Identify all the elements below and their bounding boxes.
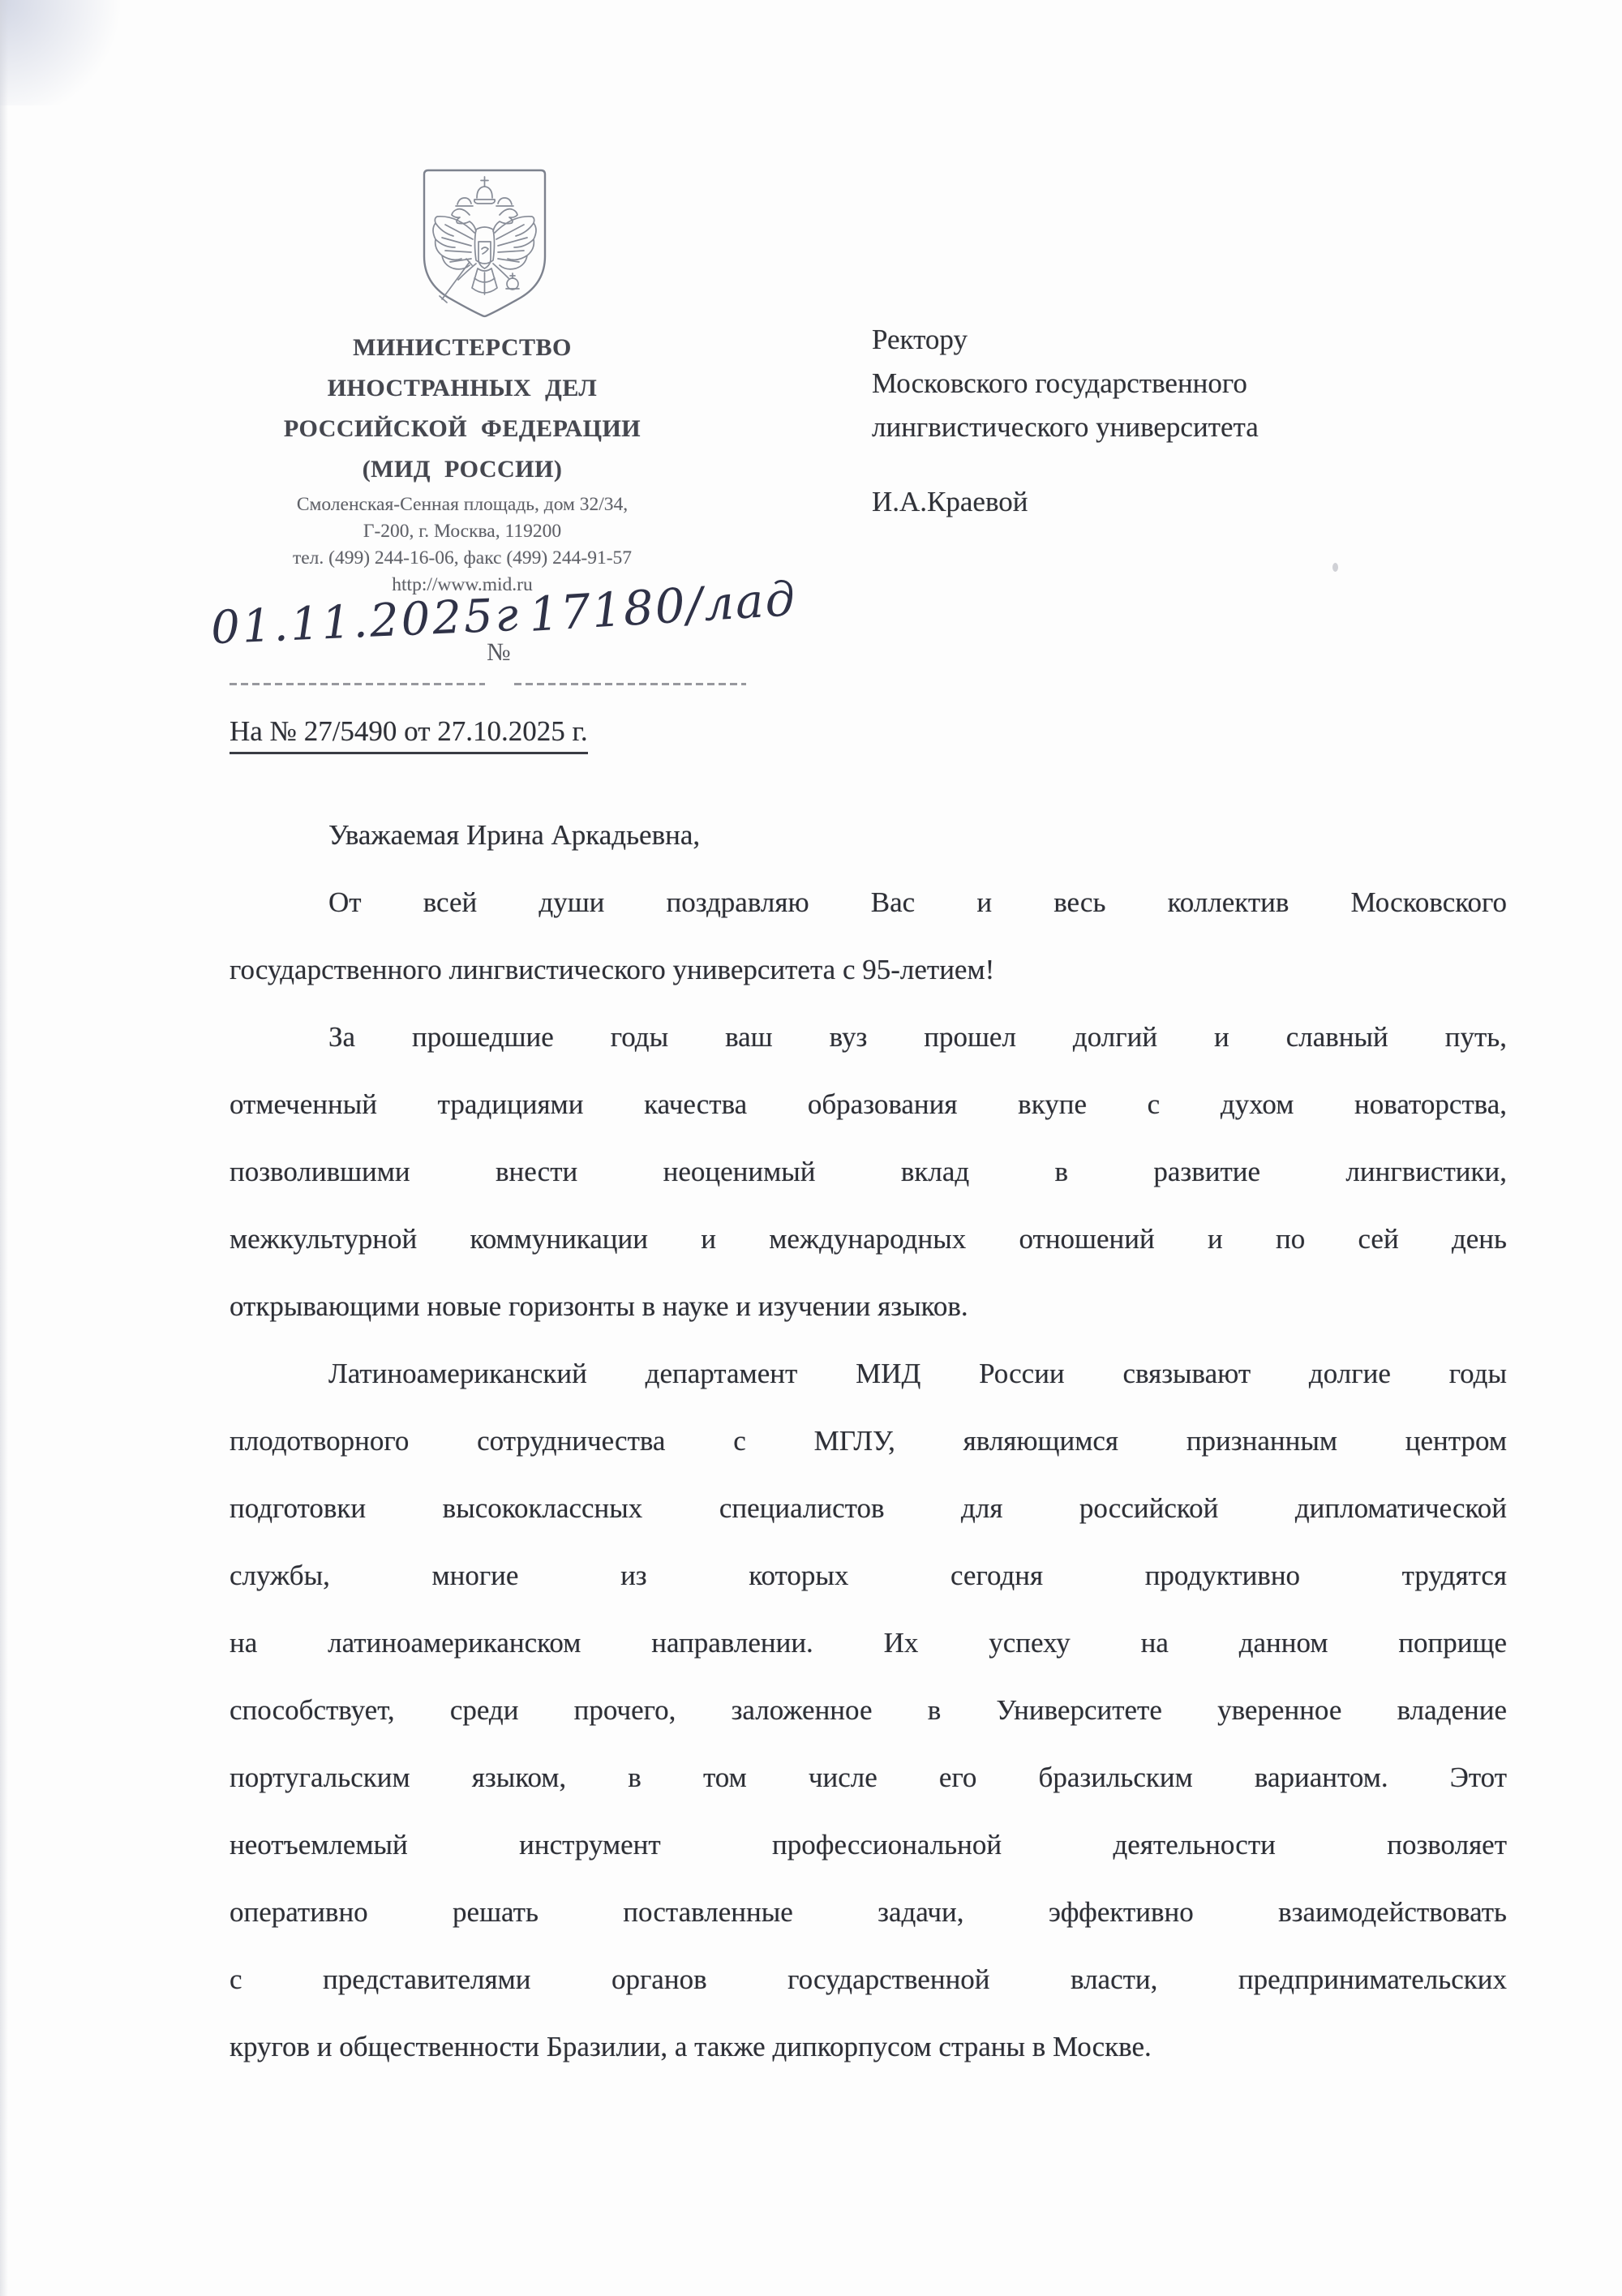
scan-speck <box>1332 563 1338 572</box>
reference-line: На № 27/5490 от 27.10.2025 г. <box>230 715 588 754</box>
paragraph: Латиноамериканский департамент МИД Росси… <box>230 1340 1507 2080</box>
body-line: отмеченный традициями качества образован… <box>230 1071 1507 1138</box>
body-line: подготовки высококлассных специалистов д… <box>230 1474 1507 1542</box>
address-line: тел. (499) 244-16-06, факс (499) 244-91-… <box>227 545 697 572</box>
recipient-org-line: лингвистического университета <box>872 406 1259 449</box>
number-sign: № <box>487 637 511 667</box>
body-line: службы, многие из которых сегодня продук… <box>230 1542 1507 1609</box>
ministry-line: РОССИЙСКОЙ ФЕДЕРАЦИИ <box>235 409 689 449</box>
date-underline-rule <box>230 683 485 685</box>
body-line: Латиноамериканский департамент МИД Росси… <box>230 1340 1507 1407</box>
scan-corner-smudge <box>0 0 138 105</box>
body-line: португальским языком, в том числе его бр… <box>230 1744 1507 1811</box>
body-line: плодотворного сотрудничества с МГЛУ, явл… <box>230 1407 1507 1474</box>
body-line: позволившими внести неоценимый вклад в р… <box>230 1138 1507 1205</box>
scan-left-edge-shadow <box>0 0 8 2296</box>
body-line: оперативно решать поставленные задачи, э… <box>230 1878 1507 1946</box>
address-line: Смоленская-Сенная площадь, дом 32/34, <box>227 491 697 518</box>
body-line: на латиноамериканском направлении. Их ус… <box>230 1609 1507 1676</box>
body-line: межкультурной коммуникации и международн… <box>230 1205 1507 1272</box>
ministry-line: ИНОСТРАННЫХ ДЕЛ <box>235 368 689 409</box>
paragraph: От всей души поздравляю Вас и весь колле… <box>230 869 1507 1003</box>
body-line: За прошедшие годы ваш вуз прошел долгий … <box>230 1003 1507 1071</box>
body-line: открывающими новые горизонты в науке и и… <box>230 1272 1507 1340</box>
ministry-line: МИНИСТЕРСТВО <box>235 328 689 368</box>
ministry-line: (МИД РОССИИ) <box>235 449 689 490</box>
salutation: Уважаемая Ирина Аркадьевна, <box>230 801 1507 869</box>
russian-coat-of-arms-icon <box>418 165 551 319</box>
recipient-org-line: Московского государственного <box>872 362 1259 406</box>
body-line: неотъемлемый инструмент профессиональной… <box>230 1811 1507 1878</box>
recipient-block: Ректору Московского государственного лин… <box>872 318 1259 524</box>
body-line: кругов и общественности Бразилии, а такж… <box>230 2013 1507 2080</box>
body-line: способствует, среди прочего, заложенное … <box>230 1676 1507 1744</box>
address-line: Г-200, г. Москва, 119200 <box>227 518 697 545</box>
recipient-name: И.А.Краевой <box>872 480 1259 524</box>
letter-body: Уважаемая Ирина Аркадьевна, От всей души… <box>230 801 1507 2080</box>
number-underline-rule <box>514 683 746 685</box>
body-line: От всей души поздравляю Вас и весь колле… <box>230 869 1507 936</box>
body-line: государственного лингвистического универ… <box>230 936 1507 1003</box>
letterhead-ministry-name: МИНИСТЕРСТВО ИНОСТРАННЫХ ДЕЛ РОССИЙСКОЙ … <box>235 328 689 490</box>
scanned-letter-page: МИНИСТЕРСТВО ИНОСТРАННЫХ ДЕЛ РОССИЙСКОЙ … <box>0 0 1622 2296</box>
recipient-title: Ректору <box>872 318 1259 362</box>
paragraph: За прошедшие годы ваш вуз прошел долгий … <box>230 1003 1507 1340</box>
body-line: с представителями органов государственно… <box>230 1946 1507 2013</box>
